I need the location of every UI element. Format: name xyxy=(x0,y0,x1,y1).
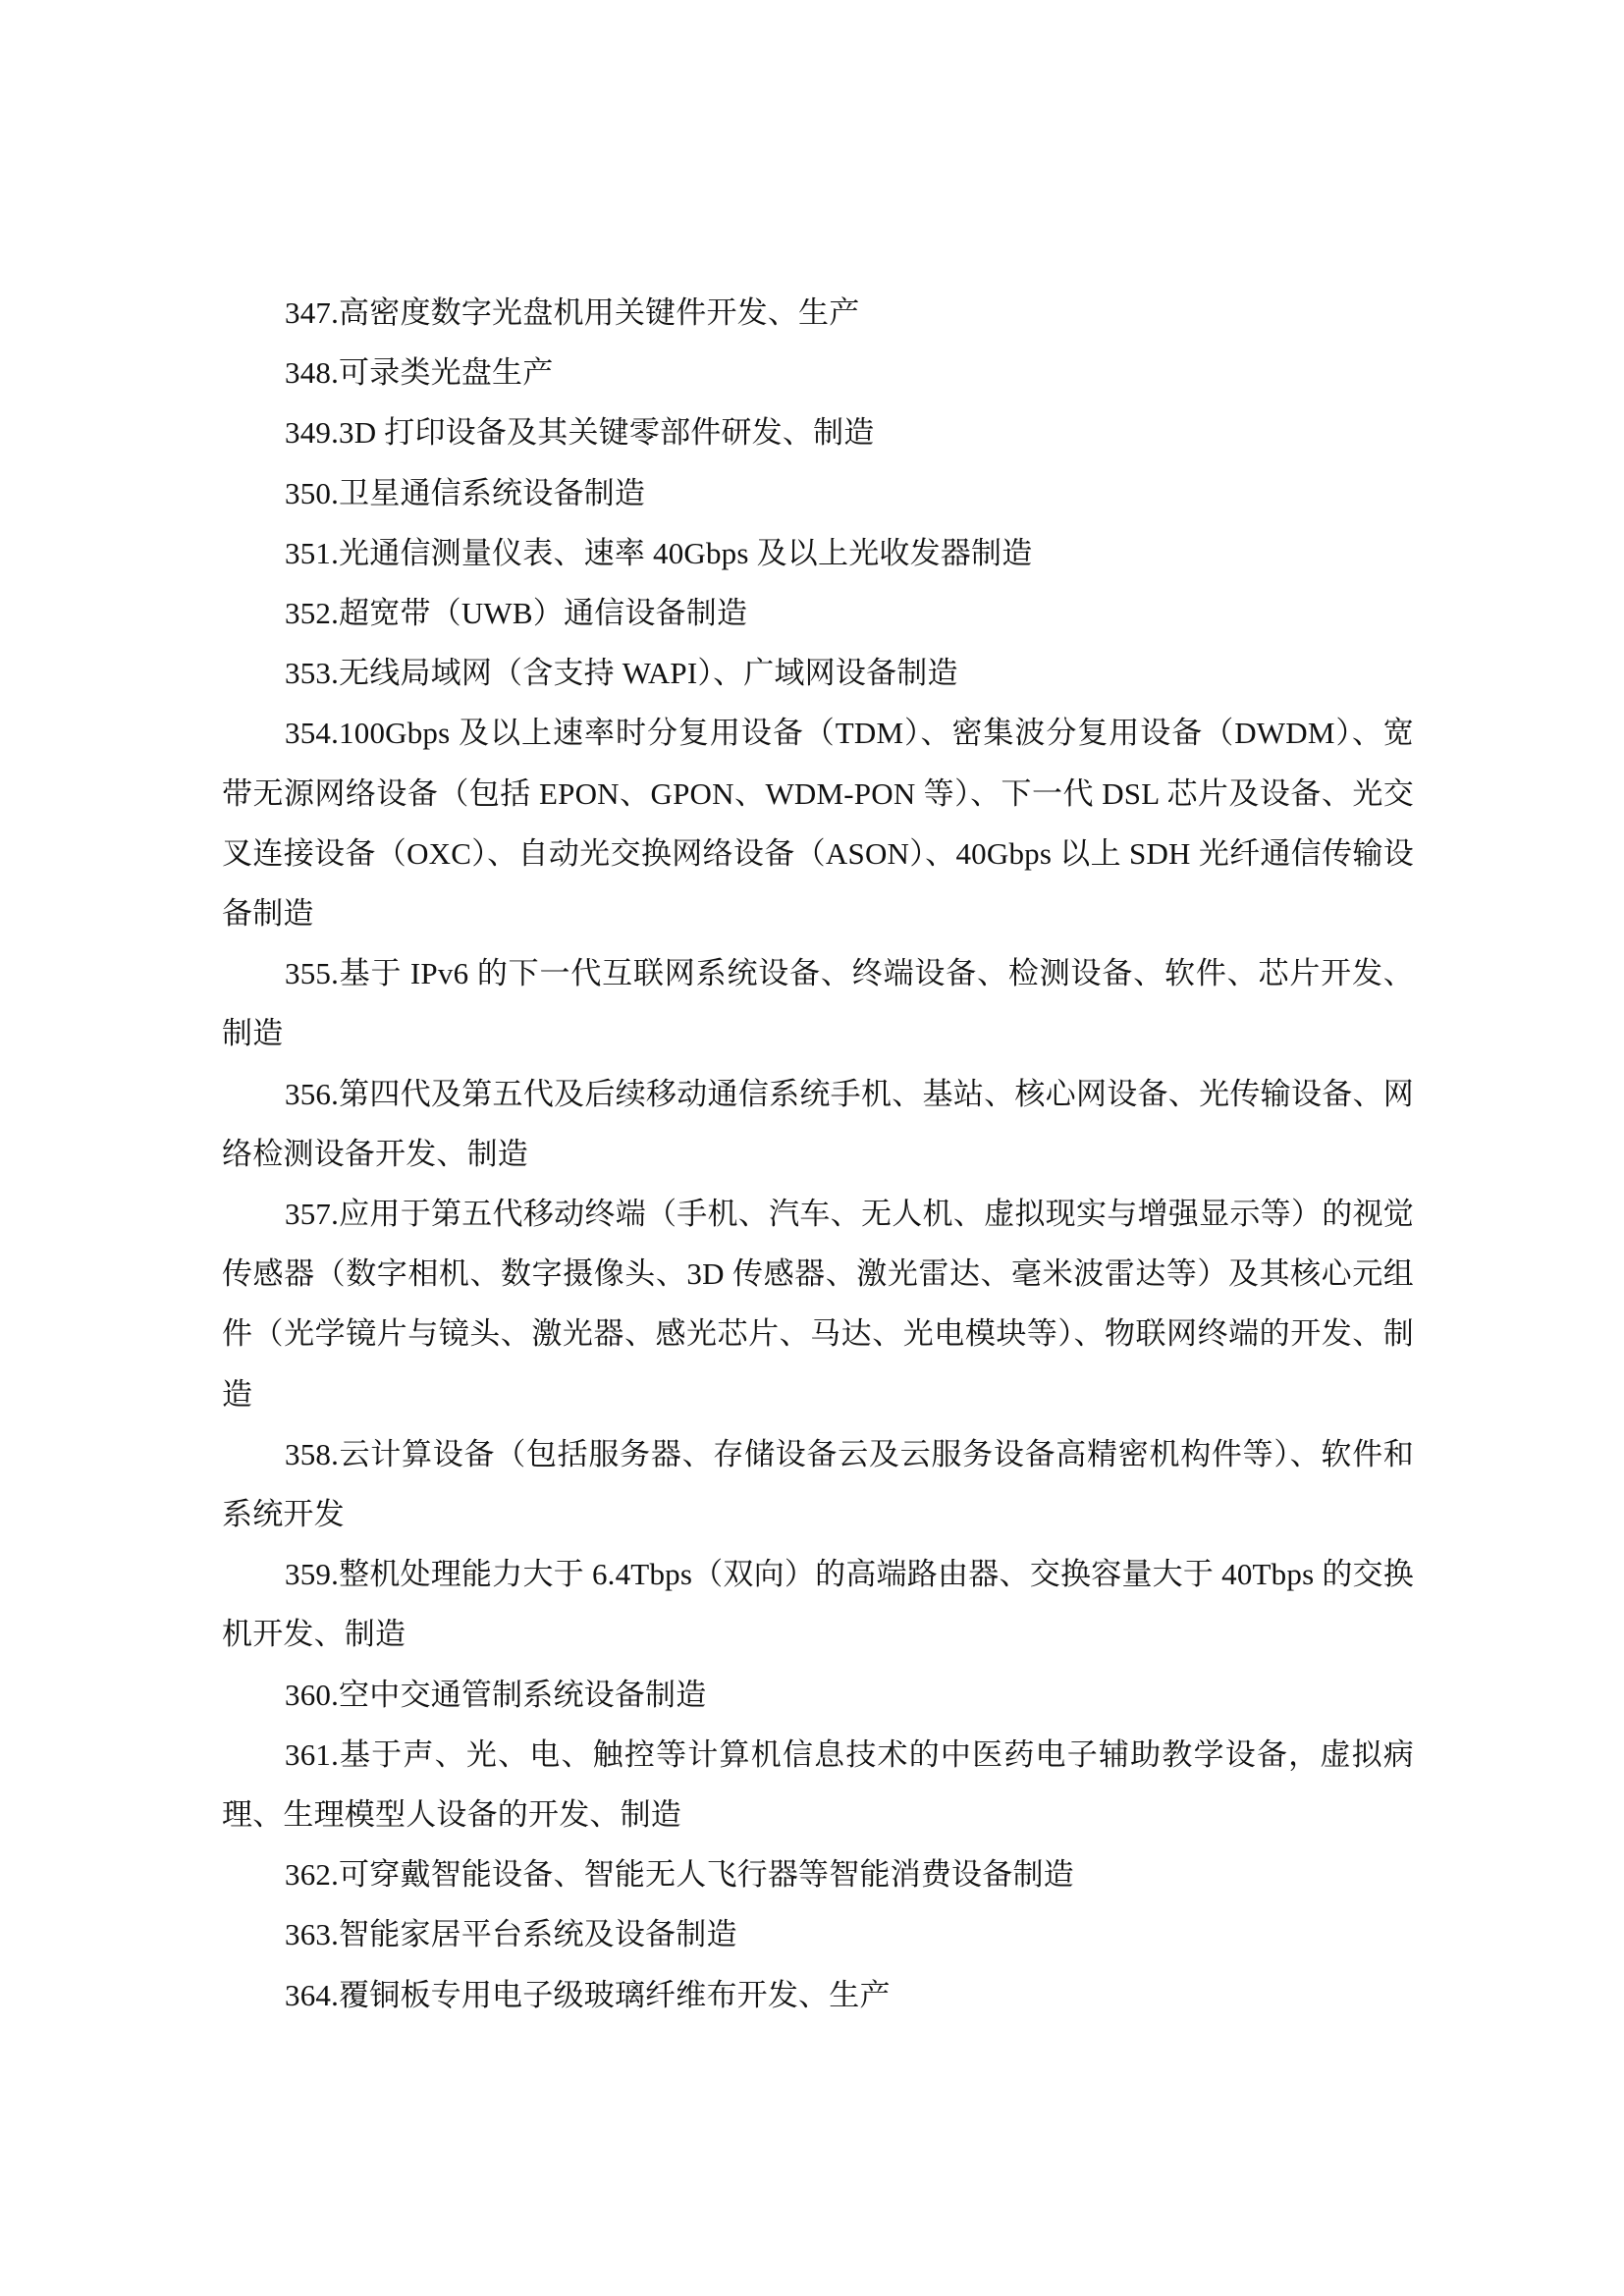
list-item-362: 362.可穿戴智能设备、智能无人飞行器等智能消费设备制造 xyxy=(222,1844,1414,1904)
list-item-351: 351.光通信测量仪表、速率 40Gbps 及以上光收发器制造 xyxy=(222,523,1414,583)
document-page: 347.高密度数字光盘机用关键件开发、生产 348.可录类光盘生产 349.3D… xyxy=(222,283,1414,2025)
list-item-347: 347.高密度数字光盘机用关键件开发、生产 xyxy=(222,283,1414,343)
list-item-349: 349.3D 打印设备及其关键零部件研发、制造 xyxy=(222,402,1414,462)
list-item-356: 356.第四代及第五代及后续移动通信系统手机、基站、核心网设备、光传输设备、网络… xyxy=(222,1064,1414,1184)
list-item-358: 358.云计算设备（包括服务器、存储设备云及云服务设备高精密机构件等）、软件和系… xyxy=(222,1424,1414,1544)
list-item-352: 352.超宽带（UWB）通信设备制造 xyxy=(222,583,1414,643)
list-item-359: 359.整机处理能力大于 6.4Tbps（双向）的高端路由器、交换容量大于 40… xyxy=(222,1544,1414,1664)
list-item-354: 354.100Gbps 及以上速率时分复用设备（TDM）、密集波分复用设备（DW… xyxy=(222,703,1414,943)
list-item-360: 360.空中交通管制系统设备制造 xyxy=(222,1665,1414,1725)
list-item-363: 363.智能家居平台系统及设备制造 xyxy=(222,1904,1414,1964)
list-item-355: 355.基于 IPv6 的下一代互联网系统设备、终端设备、检测设备、软件、芯片开… xyxy=(222,943,1414,1063)
list-item-357: 357.应用于第五代移动终端（手机、汽车、无人机、虚拟现实与增强显示等）的视觉传… xyxy=(222,1184,1414,1424)
list-item-361: 361.基于声、光、电、触控等计算机信息技术的中医药电子辅助教学设备，虚拟病理、… xyxy=(222,1725,1414,1844)
list-item-364: 364.覆铜板专用电子级玻璃纤维布开发、生产 xyxy=(222,1965,1414,2025)
list-item-348: 348.可录类光盘生产 xyxy=(222,343,1414,402)
list-item-353: 353.无线局域网（含支持 WAPI）、广域网设备制造 xyxy=(222,643,1414,703)
list-item-350: 350.卫星通信系统设备制造 xyxy=(222,463,1414,523)
